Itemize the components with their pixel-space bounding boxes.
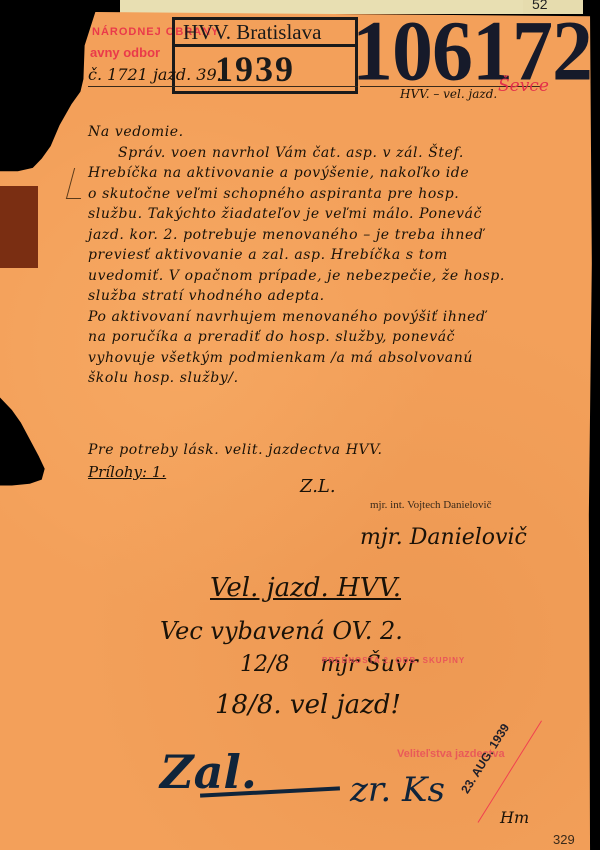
hvv-stamp-title: HVV. Bratislava: [183, 20, 321, 45]
hvv-stamp-divider: [175, 44, 355, 47]
body-line: previesť aktivovanie a zal. asp. Hrebíčk…: [88, 245, 558, 266]
body-line: Správ. voen navrhol Vám čat. asp. v zál.…: [88, 143, 558, 164]
red-annotation: Ševce: [498, 76, 549, 96]
memo-body: Na vedomie. Správ. voen navrhol Vám čat.…: [88, 122, 558, 389]
body-line: vyhovuje všetkým podmienkam /a má absolv…: [88, 348, 558, 369]
body-line: uvedomiť. V opačnom prípade, je nebezpeč…: [88, 266, 558, 287]
brown-tab-marker: [0, 186, 38, 268]
body-line: jazd. kor. 2. potrebuje menovaného – je …: [88, 225, 558, 246]
typed-signer-name: mjr. int. Vojtech Danielovič: [370, 499, 492, 511]
office-stamp-line2: avny odbor: [90, 45, 160, 60]
body-line: o skutočne veľmi schopného aspiranta pre…: [88, 184, 558, 205]
annotation-line3: 18/8. vel jazd!: [215, 690, 401, 720]
handwritten-signature: mjr. Danielovič: [360, 525, 527, 550]
body-line: služba stratí vhodného adepta.: [88, 286, 558, 307]
reference-underline: [88, 86, 358, 87]
stamp-group-head: PREDNOSTA 2. ODB. SKUPINY: [322, 656, 465, 665]
bottom-page-number: 329: [553, 832, 575, 847]
body-line: na poručíka a preradiť do hosp. služby, …: [88, 327, 558, 348]
annotation-line1: Vec vybavená OV. 2.: [160, 617, 403, 645]
body-line: školu hosp. služby/.: [88, 368, 558, 389]
small-initials: Hm: [500, 808, 529, 827]
reference-right: HVV. – vel. jazd.: [400, 87, 497, 101]
registry-number: 106172: [352, 8, 592, 94]
reference-number: č. 1721 jazd. 39.: [88, 65, 222, 84]
body-line: Hrebíčka na aktivovanie a povýšenie, nak…: [88, 163, 558, 184]
body-line: službu. Takýchto žiadateľov je veľmi mál…: [88, 204, 558, 225]
attachments-line: Prílohy: 1.: [88, 463, 166, 481]
salutation: Na vedomie.: [88, 122, 558, 143]
annotation-zr: zr. Ks: [350, 770, 445, 810]
initials: Z.L.: [300, 476, 336, 497]
annotation-date: 12/8: [240, 652, 289, 677]
hvv-stamp-year: 1939: [215, 48, 295, 90]
closing-line: Pre potreby lásk. velit. jazdectva HVV.: [88, 442, 383, 458]
annotation-title: Vel. jazd. HVV.: [210, 573, 401, 603]
body-line: Po aktivovaní navrhujem menovaného povýš…: [88, 307, 558, 328]
